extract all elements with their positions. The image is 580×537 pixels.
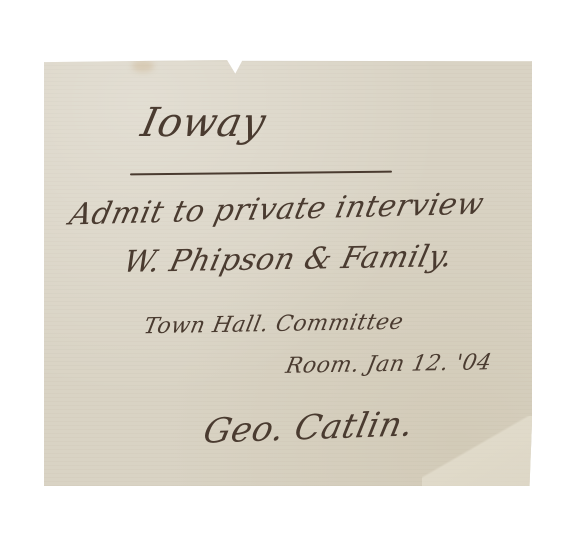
paper-fold-corner — [422, 416, 532, 486]
signature: Geo. Catlin. — [200, 404, 418, 452]
note-title: Ioway — [137, 100, 270, 146]
note-line-admit: Admit to private interview — [66, 186, 487, 232]
paper-stain — [132, 60, 154, 72]
note-line-date: Room. Jan 12. '04 — [284, 350, 494, 379]
title-underline — [130, 171, 392, 176]
paper-note: Ioway Admit to private interview W. Phip… — [44, 60, 532, 486]
note-line-name: W. Phipson & Family. — [120, 239, 456, 280]
note-line-place: Town Hall. Committee — [142, 310, 406, 340]
photo-stage: Ioway Admit to private interview W. Phip… — [0, 0, 580, 537]
